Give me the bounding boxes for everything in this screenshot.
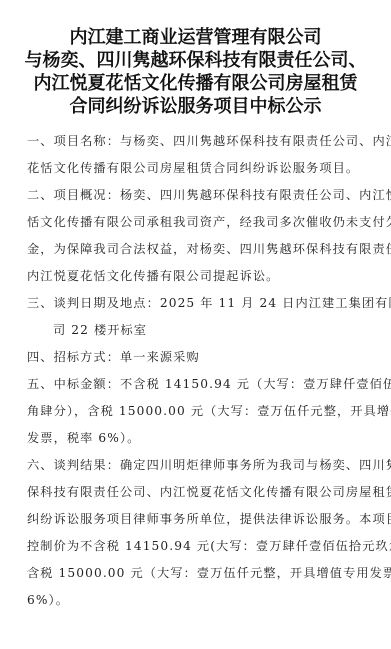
text-line: 6%）。: [27, 587, 379, 614]
text-line: 恬文化传播有限公司承租我司资产，经我司多次催收仍未支付欠缴租: [27, 209, 379, 236]
text-line: 发票，税率 6%）。: [27, 425, 379, 452]
text-line: 内江悦夏花恬文化传播有限公司提起诉讼。: [27, 263, 379, 290]
text-line: 六、谈判结果：确定四川明炬律师事务所为我司与杨奕、四川隽越环: [27, 452, 379, 479]
section-negotiation-result: 六、谈判结果：确定四川明炬律师事务所为我司与杨奕、四川隽越环 保科技有限责任公司…: [27, 452, 379, 614]
text-line: 五、中标金额：不含税 14150.94 元（大写：壹万肆仟壹佰伍拾元玖: [27, 371, 379, 398]
text-line: 四、招标方式：单一来源采购: [27, 344, 379, 371]
text-line: 含税 15000.00 元（大写：壹万伍仟元整，开具增值专用发票，税率: [27, 560, 379, 587]
title-line: 内江悦夏花恬文化传播有限公司房屋租赁: [0, 72, 391, 95]
text-line: 角肆分），含税 15000.00 元（大写：壹万伍仟元整，开具增值专用: [27, 398, 379, 425]
text-line: 金，为保障我司合法权益，对杨奕、四川隽越环保科技有限责任公司、: [27, 236, 379, 263]
text-line: 纠纷诉讼服务项目律师事务所单位，提供法律诉讼服务。本项目谈判: [27, 506, 379, 533]
text-line: 控制价为不含税 14150.94 元(大写：壹万肆仟壹佰伍拾元玖角肆分)，: [27, 533, 379, 560]
section-bid-amount: 五、中标金额：不含税 14150.94 元（大写：壹万肆仟壹佰伍拾元玖 角肆分）…: [27, 371, 379, 452]
section-tender-method: 四、招标方式：单一来源采购: [27, 344, 379, 371]
section-project-name: 一、项目名称：与杨奕、四川隽越环保科技有限责任公司、内江悦夏 花恬文化传播有限公…: [27, 128, 379, 182]
text-line: 保科技有限责任公司、内江悦夏花恬文化传播有限公司房屋租赁合同: [27, 479, 379, 506]
title-line: 与杨奕、四川隽越环保科技有限责任公司、: [0, 49, 391, 72]
title-line: 内江建工商业运营管理有限公司: [0, 26, 391, 49]
text-line: 二、项目概况：杨奕、四川隽越环保科技有限责任公司、内江悦夏花: [27, 182, 379, 209]
document-body: 一、项目名称：与杨奕、四川隽越环保科技有限责任公司、内江悦夏 花恬文化传播有限公…: [27, 128, 379, 614]
section-negotiation-date-place: 三、谈判日期及地点：2025 年 11 月 24 日内江建工集团有限责任公 司 …: [27, 290, 379, 344]
document-title: 内江建工商业运营管理有限公司 与杨奕、四川隽越环保科技有限责任公司、 内江悦夏花…: [0, 26, 391, 118]
text-line: 一、项目名称：与杨奕、四川隽越环保科技有限责任公司、内江悦夏: [27, 128, 379, 155]
text-line: 司 22 楼开标室: [27, 317, 379, 344]
section-project-overview: 二、项目概况：杨奕、四川隽越环保科技有限责任公司、内江悦夏花 恬文化传播有限公司…: [27, 182, 379, 290]
text-line: 花恬文化传播有限公司房屋租赁合同纠纷诉讼服务项目。: [27, 155, 379, 182]
text-line: 三、谈判日期及地点：2025 年 11 月 24 日内江建工集团有限责任公: [27, 290, 379, 317]
title-line: 合同纠纷诉讼服务项目中标公示: [0, 95, 391, 118]
